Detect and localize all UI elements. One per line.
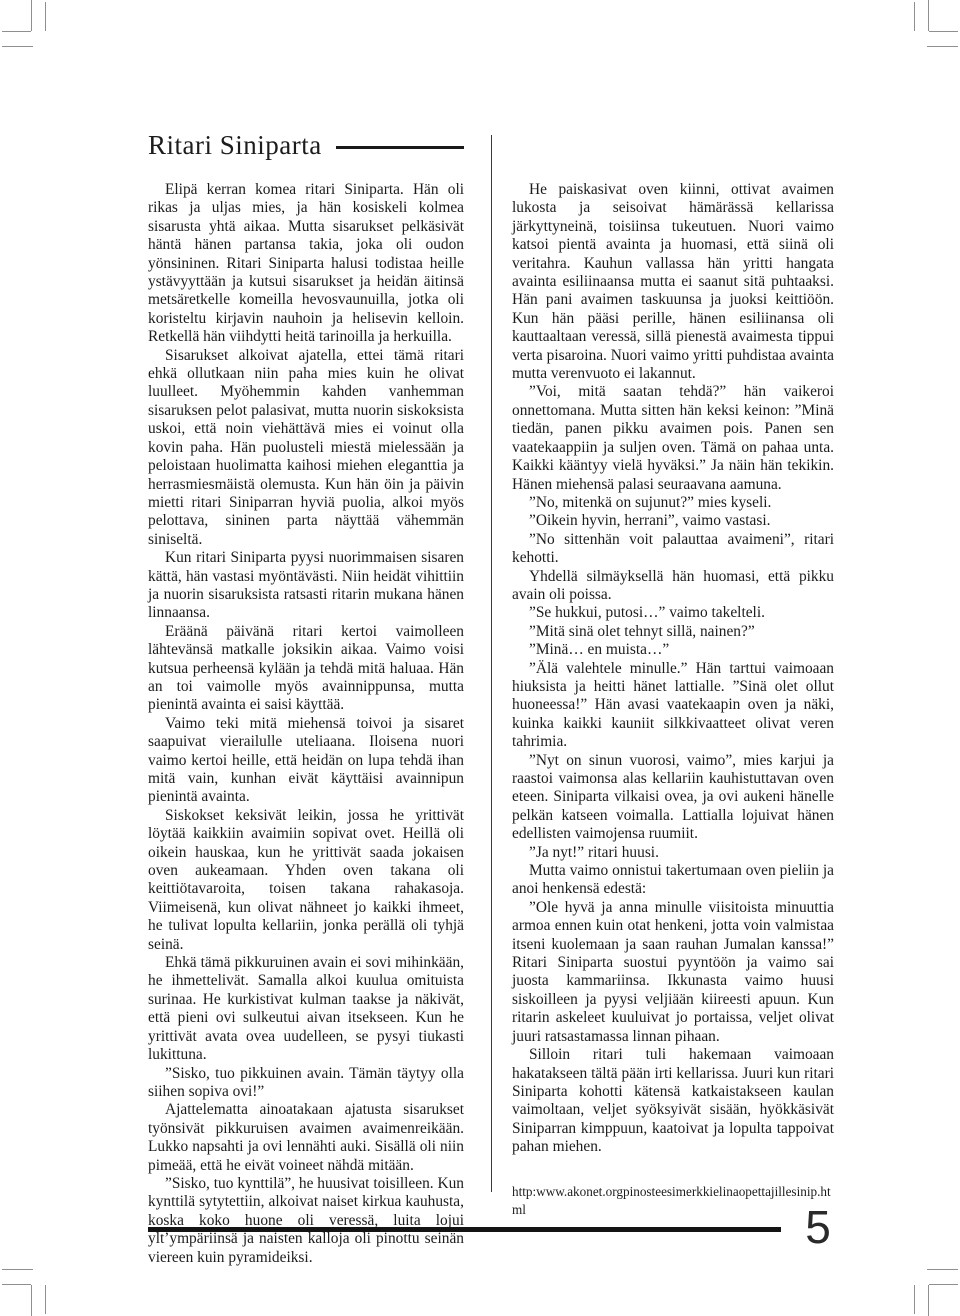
- source-url: http:www.akonet.orgpinosteesimerkkielina…: [512, 1183, 834, 1220]
- title-row: Ritari Siniparta: [148, 130, 464, 161]
- crop-mark-bottom-left: [45, 1285, 46, 1314]
- story-paragraph: ”Nyt on sinun vuorosi, vaimo”, mies karj…: [512, 752, 834, 844]
- right-column: He paiskasivat oven kiinni, ottivat avai…: [512, 181, 834, 1219]
- story-paragraph: ”Älä valehtele minulle.” Hän tarttui vai…: [512, 660, 834, 752]
- story-paragraph: ”Sisko, tuo kynttilä”, he huusivat toisi…: [148, 1175, 464, 1267]
- crop-mark-top-right: [928, 0, 929, 31]
- story-paragraph: ”Voi, mitä saatan tehdä?” hän vaikeroi o…: [512, 383, 834, 493]
- crop-mark-top-left: [31, 0, 32, 31]
- story-paragraph: ”No sittenhän voit palauttaa avaimeni”, …: [512, 531, 834, 568]
- story-paragraph: Kun ritari Siniparta pyysi nuorimmaisen …: [148, 549, 464, 623]
- crop-mark-top-left: [2, 31, 31, 32]
- crop-mark-bottom-right: [928, 1285, 929, 1316]
- crop-mark-bottom-right: [927, 1269, 958, 1270]
- page-title: Ritari Siniparta: [148, 130, 322, 161]
- story-paragraph: Vaimo teki mitä miehensä toivoi ja sisar…: [148, 715, 464, 807]
- story-paragraph: ”No, mitenkä on sujunut?” mies kyseli.: [512, 494, 834, 512]
- story-paragraph: Sisarukset alkoivat ajatella, ettei tämä…: [148, 347, 464, 549]
- crop-mark-top-right: [929, 31, 958, 32]
- story-paragraph: ”Oikein hyvin, herrani”, vaimo vastasi.: [512, 512, 834, 530]
- story-paragraph: ”Sisko, tuo pikkuinen avain. Tämän täyty…: [148, 1065, 464, 1102]
- crop-mark-top-left: [45, 2, 46, 31]
- crop-mark-bottom-right: [914, 1285, 915, 1314]
- story-paragraph: Ehkä tämä pikkuruinen avain ei sovi mihi…: [148, 954, 464, 1064]
- crop-mark-bottom-left: [31, 1285, 32, 1316]
- document-page: { "page": { "title": "Ritari Siniparta",…: [0, 0, 960, 1316]
- crop-mark-top-left: [2, 46, 33, 47]
- story-paragraph: ”Ole hyvä ja anna minulle viisitoista mi…: [512, 899, 834, 1046]
- column-divider: [491, 135, 492, 1192]
- story-paragraph: ”Mitä sinä olet tehnyt sillä, nainen?”: [512, 623, 834, 641]
- story-paragraph: He paiskasivat oven kiinni, ottivat avai…: [512, 181, 834, 383]
- story-paragraph: ”Minä… en muista…”: [512, 641, 834, 659]
- crop-mark-top-right: [927, 46, 958, 47]
- story-paragraph: ”Se hukkui, putosi…” vaimo takelteli.: [512, 604, 834, 622]
- crop-mark-bottom-left: [2, 1269, 33, 1270]
- footer-rule: [148, 1227, 781, 1232]
- story-paragraph: Yhdellä silmäyksellä hän huomasi, että p…: [512, 568, 834, 605]
- title-rule: [336, 146, 464, 149]
- story-paragraph: Ajattelematta ainoatakaan ajatusta sisar…: [148, 1101, 464, 1175]
- story-paragraph: Mutta vaimo onnistui takertumaan oven pi…: [512, 862, 834, 899]
- left-column: Elipä kerran komea ritari Siniparta. Hän…: [148, 181, 464, 1267]
- story-paragraph: Siskokset keksivät leikin, jossa he yrit…: [148, 807, 464, 954]
- page-number: 5: [795, 1200, 841, 1254]
- story-paragraph: ”Ja nyt!” ritari huusi.: [512, 844, 834, 862]
- crop-mark-bottom-right: [929, 1284, 958, 1285]
- story-paragraph: Elipä kerran komea ritari Siniparta. Hän…: [148, 181, 464, 347]
- crop-mark-bottom-left: [2, 1284, 31, 1285]
- story-paragraph: Eräänä päivänä ritari kertoi vaimolleen …: [148, 623, 464, 715]
- story-paragraph: Silloin ritari tuli hakemaan vaimoaan ha…: [512, 1046, 834, 1156]
- crop-mark-top-right: [914, 2, 915, 31]
